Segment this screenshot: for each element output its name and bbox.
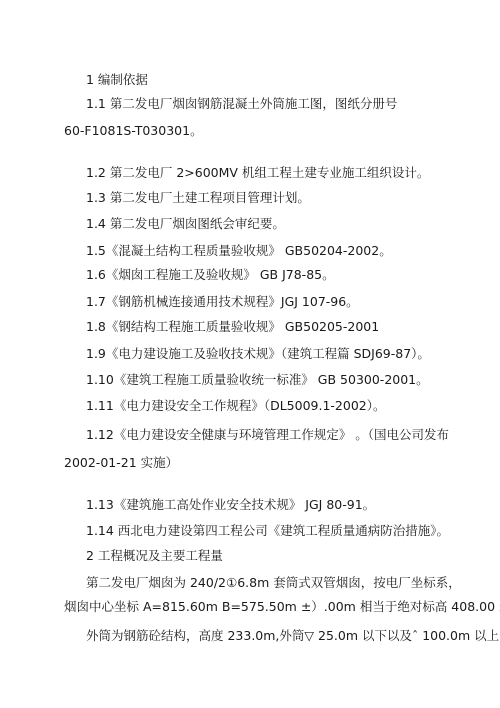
- reference-item-1-13: 1.13《建筑施工高处作业安全技术规》 JGJ 80-91。: [86, 497, 375, 513]
- overview-paragraph-line-1: 第二发电厂烟囱为 240/2①6.8m 套筒式双管烟囱，按电厂坐标系，: [86, 575, 461, 591]
- reference-item-1-14: 1.14 西北电力建设第四工程公司《建筑工程质量通病防治措施》。: [86, 523, 449, 539]
- reference-item-1-4: 1.4 第二发电厂烟囱图纸会审纪要。: [86, 216, 285, 232]
- reference-item-1-9: 1.9《电力建设施工及验收技术规》（建筑工程篇 SDJ69-87）。: [86, 346, 430, 362]
- reference-item-1-12: 1.12《电力建设安全健康与环境管理工作规定》 。（国电公司发布: [86, 427, 449, 443]
- reference-item-1-11: 1.11《电力建设安全工作规程》（DL5009.1-2002）。: [86, 398, 385, 414]
- overview-paragraph-line-2: 烟囱中心坐标 A=815.60m B=575.50m ±）.00m 相当于绝对标…: [64, 599, 500, 615]
- reference-item-1-8: 1.8《钢结构工程施工质量验收规》 GB50205-2001: [86, 319, 379, 335]
- reference-item-1-5: 1.5《混凝土结构工程质量验收规》 GB50204-2002。: [86, 243, 392, 259]
- overview-paragraph-line-3: 外筒为钢筋砼结构，高度 233.0m,外筒▽ 25.0m 以下以及ˆ 100.0…: [86, 628, 499, 644]
- section-heading-2: 2 工程概况及主要工程量: [86, 548, 223, 564]
- reference-item-1-3: 1.3 第二发电厂土建工程项目管理计划。: [86, 190, 310, 206]
- reference-item-1-6: 1.6《烟囱工程施工及验收规》 GB J78-85。: [86, 267, 335, 283]
- reference-item-1-1: 1.1 第二发电厂烟囱钢筋混凝土外筒施工图，图纸分册号: [86, 96, 397, 112]
- section-heading-1: 1 编制依据: [86, 72, 148, 88]
- reference-item-1-12-cont: 2002-01-21 实施）: [64, 455, 178, 471]
- document-page: 1 编制依据 1.1 第二发电厂烟囱钢筋混凝土外筒施工图，图纸分册号 60-F1…: [0, 0, 500, 708]
- reference-item-1-1-cont: 60-F1081S-T030301。: [64, 123, 203, 139]
- reference-item-1-7: 1.7《钢筋机械连接通用技术规程》JGJ 107-96。: [86, 294, 359, 310]
- reference-item-1-2: 1.2 第二发电厂 2>600MV 机组工程土建专业施工组织设计。: [86, 165, 429, 181]
- reference-item-1-10: 1.10《建筑工程施工质量验收统一标准》 GB 50300-2001。: [86, 372, 429, 388]
